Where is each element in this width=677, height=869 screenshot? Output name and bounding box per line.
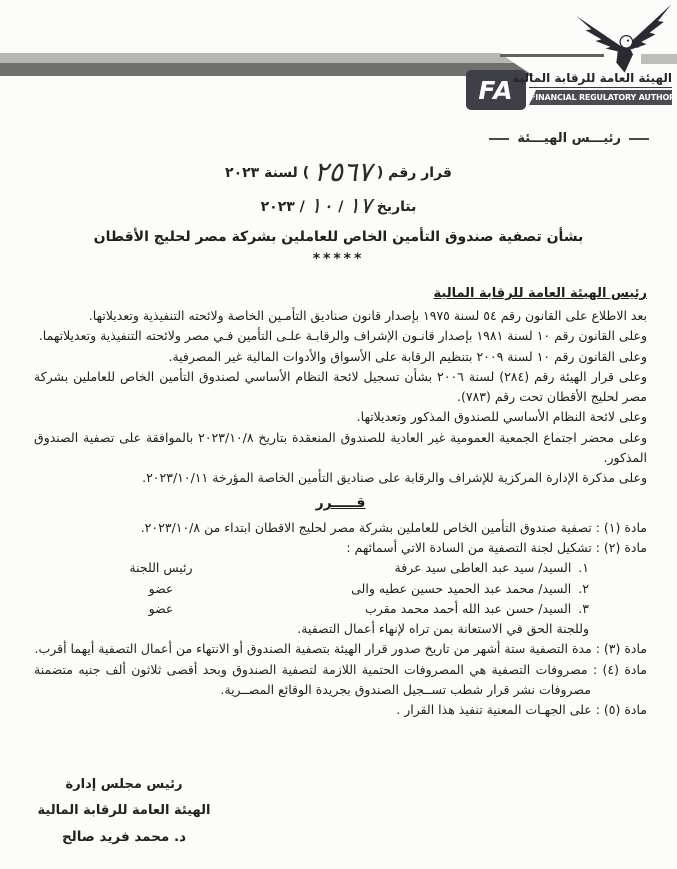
decree-number-line: قرار رقم ( ٢٥٦٧ ) لسنة ٢٠٢٣ <box>0 156 677 190</box>
committee-member-number: ٣. <box>578 599 589 619</box>
committee-member-number: ١. <box>578 558 589 578</box>
fra-logo-monogram: FA <box>478 76 513 105</box>
preamble-clause: وعلى مذكرة الإدارة المركزية للإشراف والر… <box>34 468 647 488</box>
date-separator: / <box>295 199 310 215</box>
signature-title-line2: الهيئة العامة للرقابة المالية <box>28 803 220 818</box>
header-band-light <box>0 53 514 63</box>
preamble-clause: وعلى قرار الهيئة رقم (٢٨٤) لسنة ٢٠٠٦ بشأ… <box>34 367 647 408</box>
dash-line <box>489 138 509 140</box>
stars-separator: ***** <box>0 251 677 267</box>
date-separator: / <box>333 199 348 215</box>
chairman-line: رئيـــس الهيـــئة <box>489 131 649 146</box>
committee-member-role: عضو <box>118 599 204 619</box>
preamble-clause: بعد الاطلاع على القانون رقم ٥٤ لسنة ١٩٧٥… <box>34 306 647 326</box>
decree-subject: بشأن تصفية صندوق التأمين الخاص للعاملين … <box>0 229 677 245</box>
decree-date-label: بتاريخ <box>372 199 417 215</box>
brand-english-name: FINANCIAL REGULATORY AUTHORITY <box>529 90 672 105</box>
header-band-dark <box>0 63 534 76</box>
decree-date-year: ٢٠٢٣ <box>261 199 295 215</box>
decree-date-line: بتاريخ ١٧ / ١٠ / ٢٠٢٣ <box>0 190 677 224</box>
dash-line <box>629 138 649 140</box>
committee-row: ٣. السيد/ حسن عبد الله أحمد محمد مقرب عض… <box>34 599 647 619</box>
decree-body: رئيس الهيئة العامة للرقابة المالية بعد ا… <box>34 283 647 720</box>
committee-note: وللجنة الحق في الاستعانة بمن تراه لإنهاء… <box>34 619 647 639</box>
decree-document-page: FA الهيئة العامة للرقابة المالية FINANCI… <box>0 0 677 869</box>
article-3: مادة (٣) : مدة التصفية ستة أشهر من تاريخ… <box>34 639 647 659</box>
committee-member-number: ٢. <box>578 579 589 599</box>
article-5: مادة (٥) : على الجهـات المعنية تنفيذ هذا… <box>34 700 647 720</box>
handwritten-decree-number: ٢٥٦٧ <box>314 157 372 188</box>
decree-header: قرار رقم ( ٢٥٦٧ ) لسنة ٢٠٢٣ بتاريخ ١٧ / … <box>0 156 677 267</box>
chairman-label: رئيـــس الهيـــئة <box>517 131 621 146</box>
committee-member-name: السيد/ حسن عبد الله أحمد محمد مقرب <box>204 599 571 619</box>
decree-number-suffix: ) لسنة ٢٠٢٣ <box>225 165 314 181</box>
committee-member-name: السيد/ محمد عبد الحميد حسين عطيه والى <box>204 579 571 599</box>
signature-name: د. محمد فريد صالح <box>28 829 220 845</box>
signature-title-line1: رئيس مجلس إدارة <box>28 777 220 792</box>
handwritten-day: ١٧ <box>348 194 372 219</box>
decree-number-prefix: قرار رقم ( <box>372 165 452 181</box>
brand-block: الهيئة العامة للرقابة المالية FINANCIAL … <box>529 71 672 105</box>
preamble-clause: وعلى القانون رقم ١٠ لسنة ٢٠٠٩ بتنظيم الر… <box>34 347 647 367</box>
committee-member-role: رئيس اللجنة <box>118 558 204 578</box>
committee-member-name: السيد/ سيد عبد العاطى سيد عرفة <box>204 558 571 578</box>
preamble-clause: وعلى لائحة النظام الأساسي للصندوق المذكو… <box>34 407 647 427</box>
signature-block: رئيس مجلس إدارة الهيئة العامة للرقابة ال… <box>28 777 220 856</box>
preamble-clause: وعلى القانون رقم ١٠ لسنة ١٩٨١ بإصدار قان… <box>34 326 647 346</box>
preamble-clause: وعلى محضر اجتماع الجمعية العمومية غير ال… <box>34 428 647 469</box>
handwritten-month: ١٠ <box>310 194 334 219</box>
article-4: مادة (٤) : مصروفات التصفية هي المصروفات … <box>34 660 647 701</box>
committee-member-role: عضو <box>118 579 204 599</box>
committee-row: ٢. السيد/ محمد عبد الحميد حسين عطيه والى… <box>34 579 647 599</box>
preamble-heading: رئيس الهيئة العامة للرقابة المالية <box>34 283 647 304</box>
eagle-icon <box>573 2 673 80</box>
committee-row: ١. السيد/ سيد عبد العاطى سيد عرفة رئيس ا… <box>34 558 647 578</box>
article-2: مادة (٢) : تشكيل لجنة التصفية من السادة … <box>34 538 647 558</box>
article-1: مادة (١) : تصفية صندوق التأمين الخاص للع… <box>34 518 647 538</box>
brand-arabic-name: الهيئة العامة للرقابة المالية <box>529 71 672 88</box>
decision-heading: قـــــرر <box>34 492 647 515</box>
